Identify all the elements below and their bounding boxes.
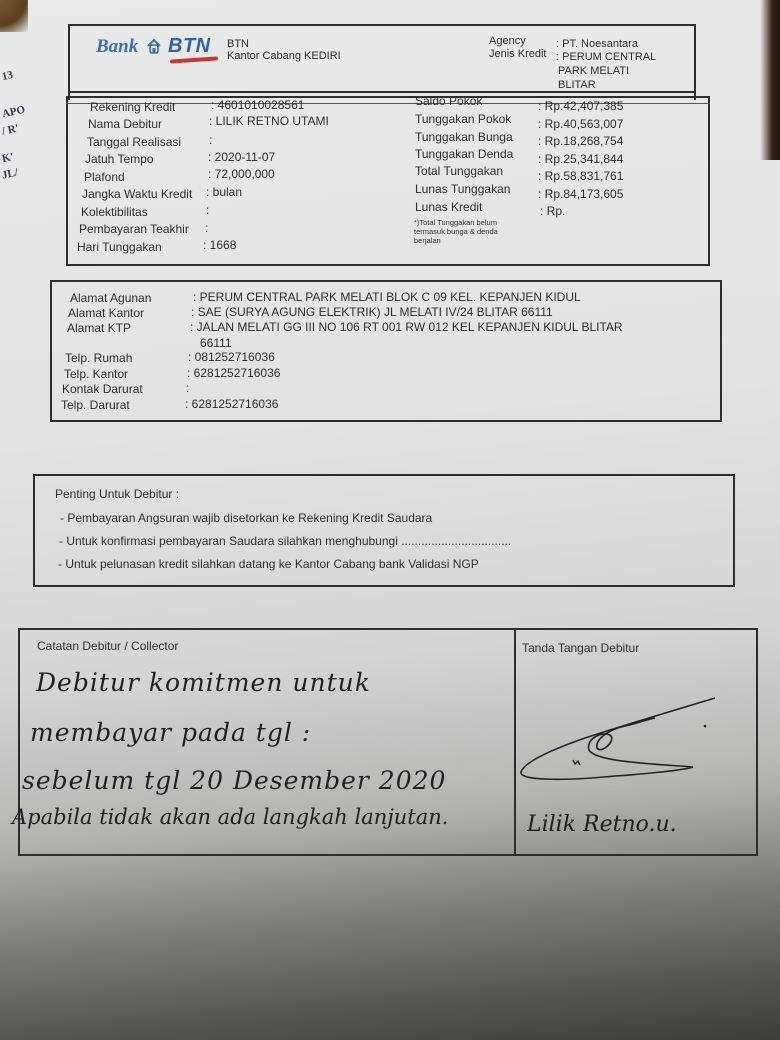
field-label: Tanggal Realisasi xyxy=(87,135,181,149)
field-value: : 72,000,000 xyxy=(208,167,275,181)
field-value: : Rp. xyxy=(540,204,565,218)
field-value: : 1668 xyxy=(203,238,236,252)
jenis-kredit-value: PARK MELATI xyxy=(558,65,629,77)
handwritten-line: membayar pada tgl : xyxy=(30,718,311,747)
field-value: : Rp.58,831,761 xyxy=(538,169,623,183)
address-label: Telp. Kantor xyxy=(64,367,128,381)
handwritten-line: sebelum tgl 20 Desember 2020 xyxy=(22,766,446,795)
address-value: : JALAN MELATI GG III NO 106 RT 001 RW 0… xyxy=(190,320,623,334)
address-label: Telp. Rumah xyxy=(65,351,132,365)
field-label: Kolektibilitas xyxy=(81,205,148,219)
margin-fragment: JL/ xyxy=(1,166,19,181)
address-value: : 6281252716036 xyxy=(185,397,278,411)
signature-title: Tanda Tangan Debitur xyxy=(522,641,639,655)
house-logo-icon xyxy=(146,38,162,54)
agency-label: Agency xyxy=(489,35,526,47)
jenis-kredit-label: Jenis Kredit xyxy=(489,48,546,60)
field-label: Tunggakan Pokok xyxy=(415,112,511,126)
field-value: : Rp.84,173,605 xyxy=(538,187,623,201)
signature-name: Lilik Retno.u. xyxy=(527,812,677,837)
address-value: : 6281252716036 xyxy=(187,366,280,380)
logo-bank-word: Bank xyxy=(96,36,138,58)
field-value: : 2020-11-07 xyxy=(208,150,275,164)
field-label: Jatuh Tempo xyxy=(85,152,154,166)
branch-bank: BTN xyxy=(227,38,249,50)
address-value: : PERUM CENTRAL PARK MELATI BLOK C 09 KE… xyxy=(193,290,581,304)
address-label: Alamat Agunan xyxy=(70,291,151,305)
handwritten-line: Apabila tidak akan ada langkah lanjutan. xyxy=(12,805,448,829)
field-value: : 4601010028561 xyxy=(211,98,304,112)
margin-fragment: / R' xyxy=(1,122,20,137)
field-label: Tunggakan Bunga xyxy=(415,130,513,144)
field-label: Rekening Kredit xyxy=(90,100,175,114)
footnote: *)Total Tunggakan belum termasuk bunga &… xyxy=(414,218,524,245)
field-label: Jangka Waktu Kredit xyxy=(82,187,192,201)
logo-brand: BTN xyxy=(168,35,211,58)
agency-value: : PT. Noesantara xyxy=(556,38,638,50)
background-corner xyxy=(0,0,28,32)
notice-title: Penting Untuk Debitur : xyxy=(55,487,179,501)
notice-item: - Untuk konfirmasi pembayaran Saudara si… xyxy=(59,534,511,548)
field-label: Lunas Kredit xyxy=(415,200,482,214)
address-label: Telp. Darurat xyxy=(61,398,130,412)
field-value: : xyxy=(205,221,208,235)
notes-title: Catatan Debitur / Collector xyxy=(37,639,178,653)
field-label: Tunggakan Denda xyxy=(415,147,513,161)
address-value: : xyxy=(186,381,189,395)
field-label: Total Tunggakan xyxy=(415,164,503,178)
signature-scribble xyxy=(515,690,725,790)
field-value: : Rp.25,341,844 xyxy=(538,152,623,166)
field-value: : xyxy=(206,203,209,217)
address-value-cont: 66111 xyxy=(200,336,232,350)
jenis-kredit-value: BLITAR xyxy=(558,79,596,91)
header-divider xyxy=(68,91,696,93)
address-label: Kontak Darurat xyxy=(62,382,143,396)
field-label: Saldo Pokok xyxy=(415,94,482,108)
field-value: : bulan xyxy=(206,185,242,199)
field-value: : Rp.18,268,754 xyxy=(538,134,623,148)
address-label: Alamat KTP xyxy=(67,321,131,335)
field-label: Lunas Tunggakan xyxy=(415,182,510,196)
underlying-page-fragment: 13 APO / R' K' JL/ xyxy=(0,40,24,290)
field-label: Hari Tunggakan xyxy=(77,240,162,254)
address-value: : 081252716036 xyxy=(188,350,275,364)
field-label: Plafond xyxy=(84,170,125,184)
field-value: : xyxy=(209,133,212,147)
branch-office: Kantor Cabang KEDIRI xyxy=(227,50,341,62)
handwritten-line: Debitur komitmen untuk xyxy=(36,668,371,697)
field-value: : LILIK RETNO UTAMI xyxy=(209,114,329,128)
notice-item: - Pembayaran Angsuran wajib disetorkan k… xyxy=(60,511,432,525)
address-value: : SAE (SURYA AGUNG ELEKTRIK) JL MELATI I… xyxy=(191,305,553,319)
field-label: Pembayaran Teakhir xyxy=(79,222,189,236)
field-value: : Rp.40,563,007 xyxy=(538,117,623,131)
jenis-kredit-value: : PERUM CENTRAL xyxy=(556,51,656,63)
address-label: Alamat Kantor xyxy=(68,306,144,320)
margin-fragment: APO xyxy=(1,104,26,121)
page-number: 13 xyxy=(1,69,14,83)
background-edge xyxy=(760,0,780,160)
notice-item: - Untuk pelunasan kredit silahkan datang… xyxy=(58,557,479,571)
field-value: : Rp.42,407,385 xyxy=(538,99,623,113)
margin-fragment: K' xyxy=(1,151,15,165)
field-label: Nama Debitur xyxy=(88,117,162,131)
